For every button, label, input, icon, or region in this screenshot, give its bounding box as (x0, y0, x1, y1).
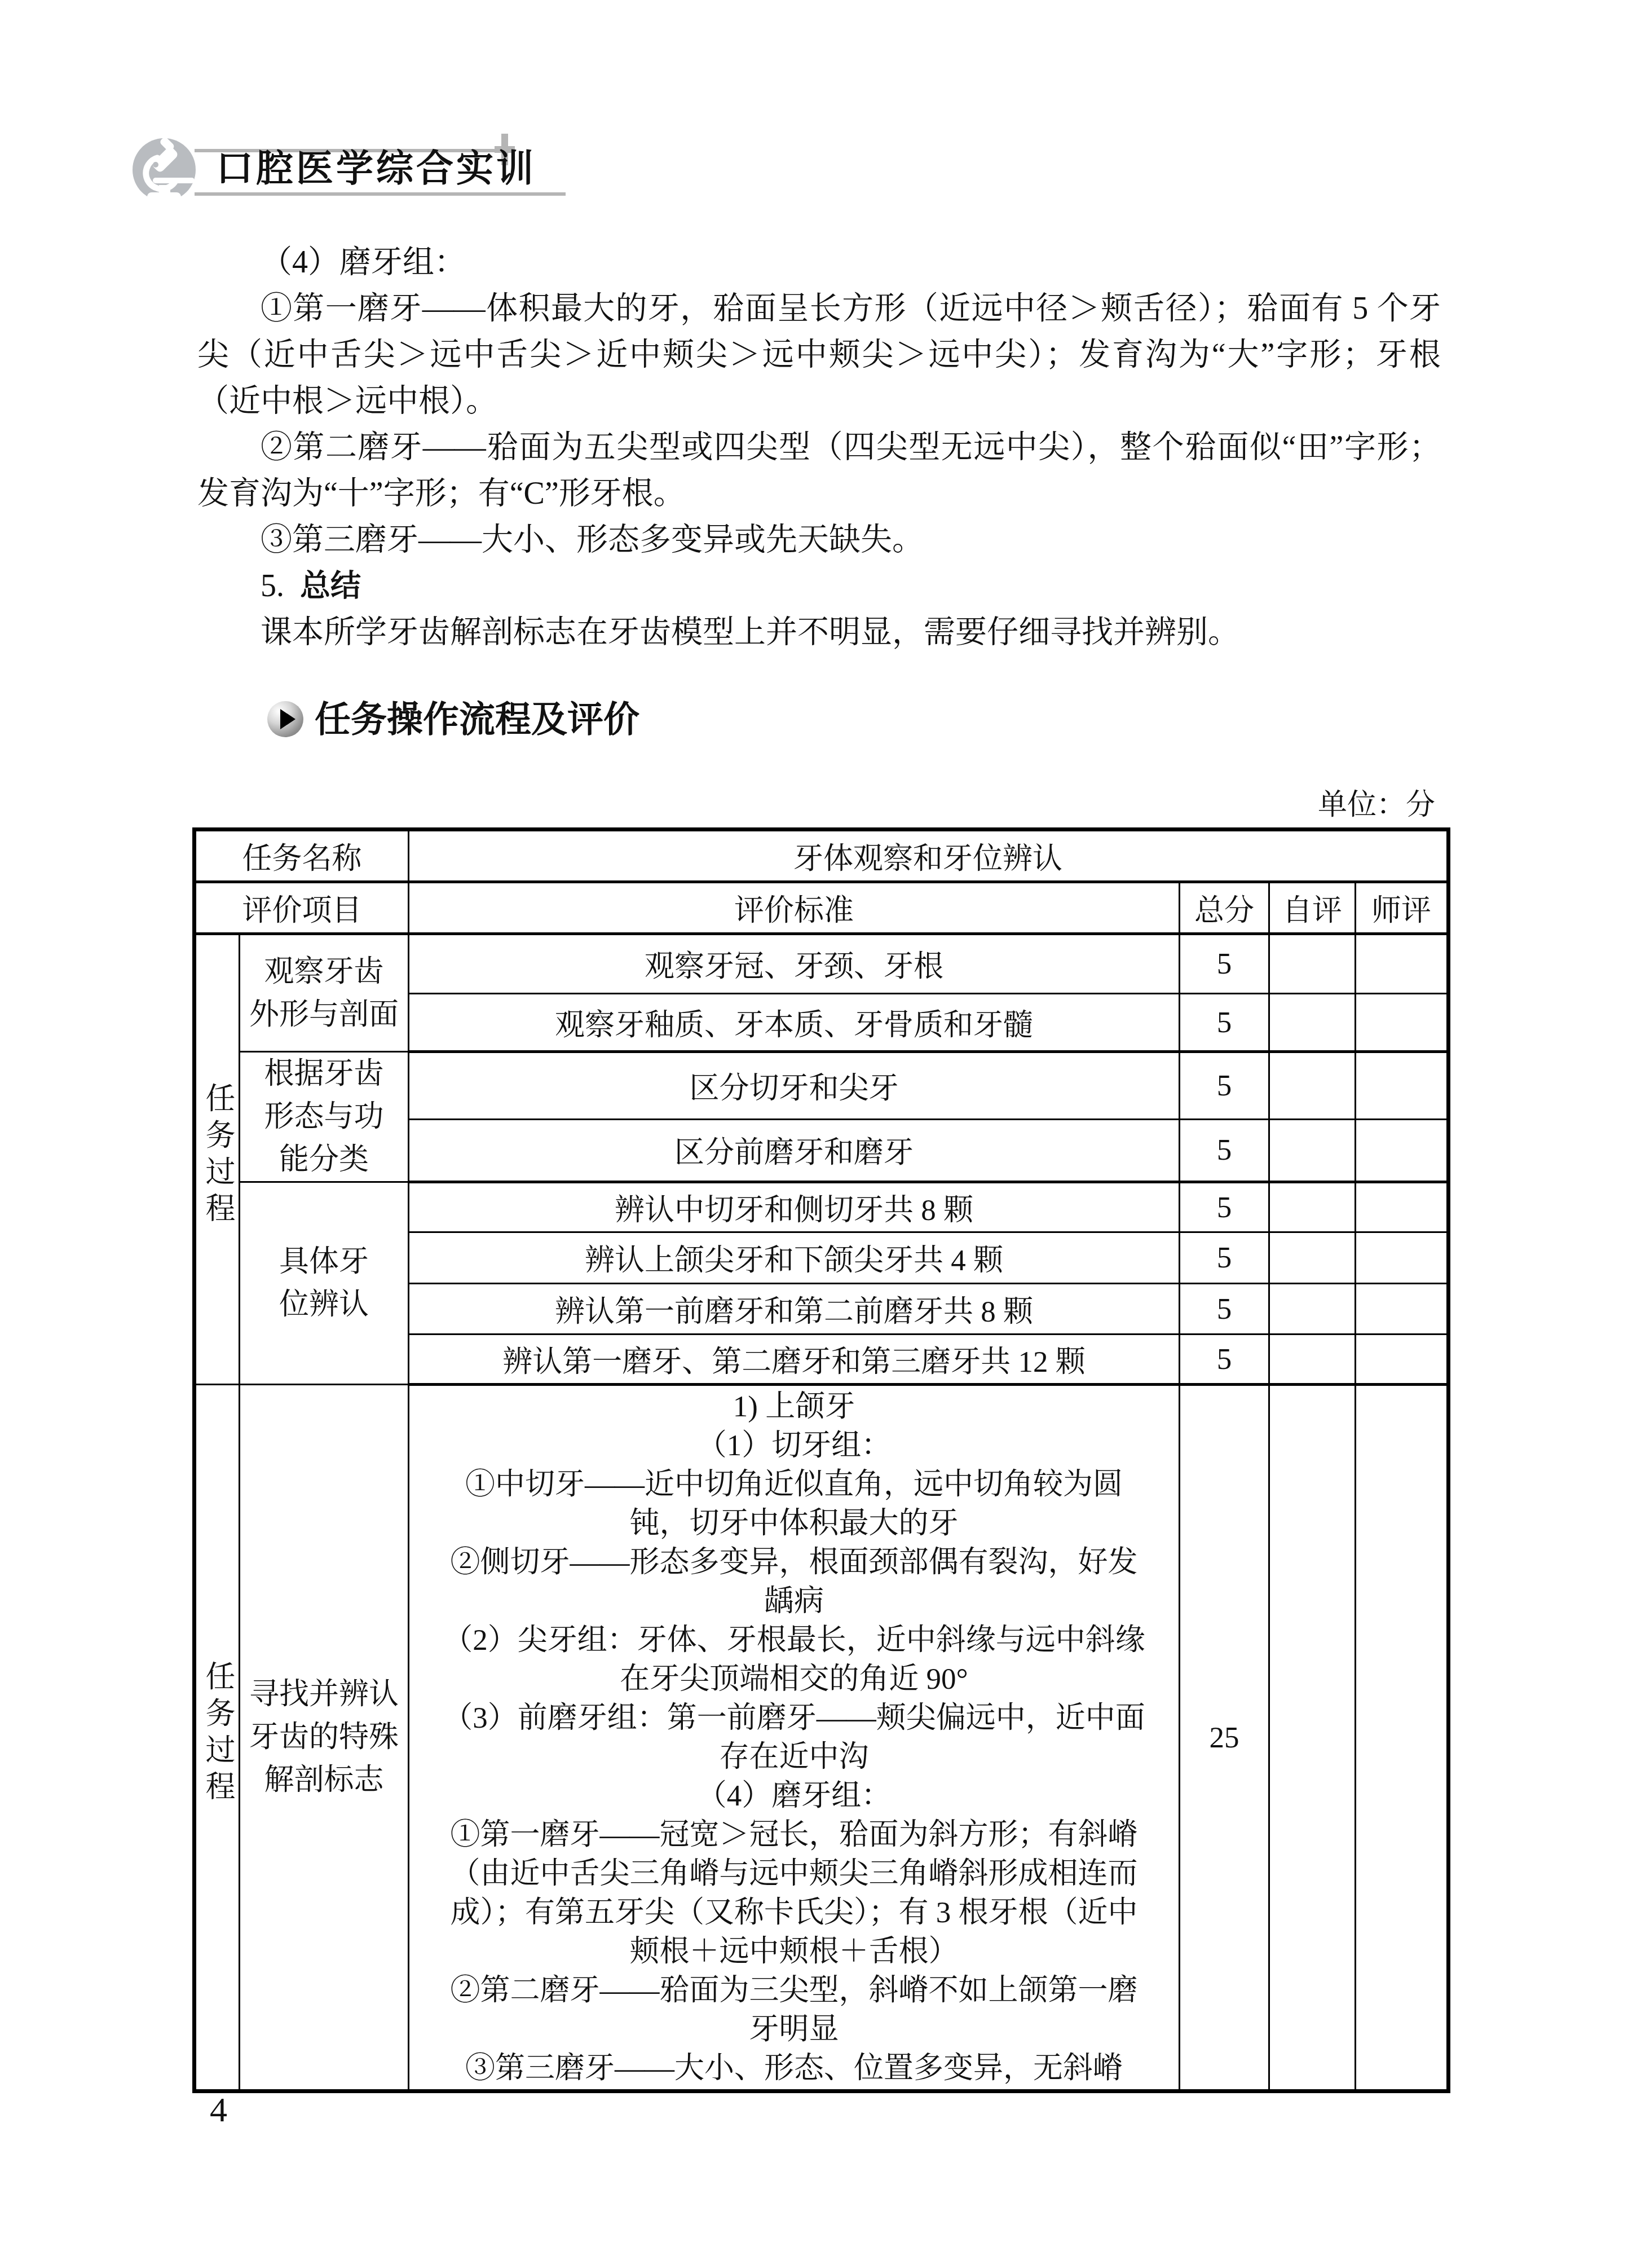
summary-heading: 5.总结 (197, 563, 1441, 609)
task-name-label: 任务名称 (195, 830, 409, 882)
self-score-cell (1269, 1335, 1356, 1385)
teacher-score-cell (1356, 1119, 1449, 1182)
criteria-cell: 区分切牙和尖牙 (409, 1052, 1180, 1120)
self-score-cell (1269, 1385, 1356, 2091)
process-label: 任务过程 (195, 1385, 240, 2091)
table-row: 任务过程 观察牙齿 外形与剖面 观察牙冠、牙颈、牙根 5 (195, 934, 1449, 994)
brand-title: 口腔医学综合实训 (216, 147, 536, 190)
criteria-cell: 辨认第一前磨牙和第二前磨牙共 8 颗 (409, 1284, 1180, 1335)
paragraph-first-molar: ①第一磨牙——体积最大的牙，𬌗面呈长方形（近远中径＞颊舌径）；𬌗面有 5 个牙尖… (197, 285, 1441, 424)
process-label: 任务过程 (195, 934, 240, 1385)
teacher-score-cell (1356, 1182, 1449, 1232)
page-number: 4 (210, 2090, 227, 2130)
score-cell: 5 (1180, 994, 1269, 1052)
teacher-score-cell (1356, 934, 1449, 994)
score-cell: 5 (1180, 1335, 1269, 1385)
teacher-score-cell (1356, 1232, 1449, 1284)
self-score-cell (1269, 994, 1356, 1052)
play-icon (267, 701, 303, 737)
section-title: 任务操作流程及评价 (315, 699, 639, 739)
group-label: 观察牙齿 外形与剖面 (240, 934, 409, 1052)
section-heading: 任务操作流程及评价 (267, 699, 639, 739)
col-header-item: 评价项目 (195, 882, 409, 934)
col-header-teacher: 师评 (1356, 882, 1449, 934)
book-page: 口腔医学综合实训 （4）磨牙组： ①第一磨牙——体积最大的牙，𬌗面呈长方形（近远… (0, 0, 1628, 2268)
paragraph-third-molar: ③第三磨牙——大小、形态多变异或先天缺失。 (197, 517, 1441, 563)
intro-text: （4）磨牙组： ①第一磨牙——体积最大的牙，𬌗面呈长方形（近远中径＞颊舌径）；𬌗… (197, 239, 1441, 655)
criteria-cell: 辨认第一磨牙、第二磨牙和第三磨牙共 12 颗 (409, 1335, 1180, 1385)
col-header-criteria: 评价标准 (409, 882, 1180, 934)
table-row: 具体牙 位辨认 辨认中切牙和侧切牙共 8 颗 5 (195, 1182, 1449, 1232)
teacher-score-cell (1356, 1052, 1449, 1120)
criteria-cell: 1) 上颌牙 （1）切牙组： ①中切牙——近中切角近似直角，远中切角较为圆 钝，… (409, 1385, 1180, 2091)
paragraph-molar-group: （4）磨牙组： (197, 239, 1441, 285)
score-cell: 5 (1180, 1052, 1269, 1120)
col-header-self: 自评 (1269, 882, 1356, 934)
group-label: 寻找并辨认 牙齿的特殊 解剖标志 (240, 1385, 409, 2091)
self-score-cell (1269, 934, 1356, 994)
criteria-cell: 观察牙釉质、牙本质、牙骨质和牙髓 (409, 994, 1180, 1052)
score-cell: 5 (1180, 1284, 1269, 1335)
group-label: 具体牙 位辨认 (240, 1182, 409, 1385)
paragraph-summary: 课本所学牙齿解剖标志在牙齿模型上并不明显，需要仔细寻找并辨别。 (197, 609, 1441, 655)
col-header-total: 总分 (1180, 882, 1269, 934)
score-cell: 5 (1180, 1182, 1269, 1232)
header-rule-bottom (195, 192, 566, 196)
table-row: 根据牙齿 形态与功 能分类 区分切牙和尖牙 5 (195, 1052, 1449, 1120)
teacher-score-cell (1356, 1385, 1449, 2091)
table-header-row: 评价项目 评价标准 总分 自评 师评 (195, 882, 1449, 934)
teacher-score-cell (1356, 1284, 1449, 1335)
score-cell: 5 (1180, 1119, 1269, 1182)
score-cell: 5 (1180, 934, 1269, 994)
score-cell: 5 (1180, 1232, 1269, 1284)
criteria-cell: 区分前磨牙和磨牙 (409, 1119, 1180, 1182)
self-score-cell (1269, 1182, 1356, 1232)
teacher-score-cell (1356, 1335, 1449, 1385)
self-score-cell (1269, 1052, 1356, 1120)
evaluation-table: 任务名称 牙体观察和牙位辨认 评价项目 评价标准 总分 自评 师评 任务过程 观… (192, 827, 1450, 2093)
criteria-cell: 辨认上颌尖牙和下颌尖牙共 4 颗 (409, 1232, 1180, 1284)
teacher-score-cell (1356, 994, 1449, 1052)
summary-number: 5. (261, 569, 284, 604)
unit-note: 单位：分 (1153, 781, 1435, 823)
criteria-cell: 观察牙冠、牙颈、牙根 (409, 934, 1180, 994)
task-name-value: 牙体观察和牙位辨认 (409, 830, 1449, 882)
score-cell: 25 (1180, 1385, 1269, 2091)
microscope-icon (131, 138, 200, 205)
group-label: 根据牙齿 形态与功 能分类 (240, 1052, 409, 1182)
self-score-cell (1269, 1232, 1356, 1284)
self-score-cell (1269, 1284, 1356, 1335)
summary-label: 总结 (300, 569, 361, 603)
table-row: 任务名称 牙体观察和牙位辨认 (195, 830, 1449, 882)
table-row-special: 任务过程 寻找并辨认 牙齿的特殊 解剖标志 1) 上颌牙 （1）切牙组： ①中切… (195, 1385, 1449, 2091)
self-score-cell (1269, 1119, 1356, 1182)
paragraph-second-molar: ②第二磨牙——𬌗面为五尖型或四尖型（四尖型无远中尖），整个𬌗面似“田”字形；发育… (197, 424, 1441, 517)
criteria-cell: 辨认中切牙和侧切牙共 8 颗 (409, 1182, 1180, 1232)
